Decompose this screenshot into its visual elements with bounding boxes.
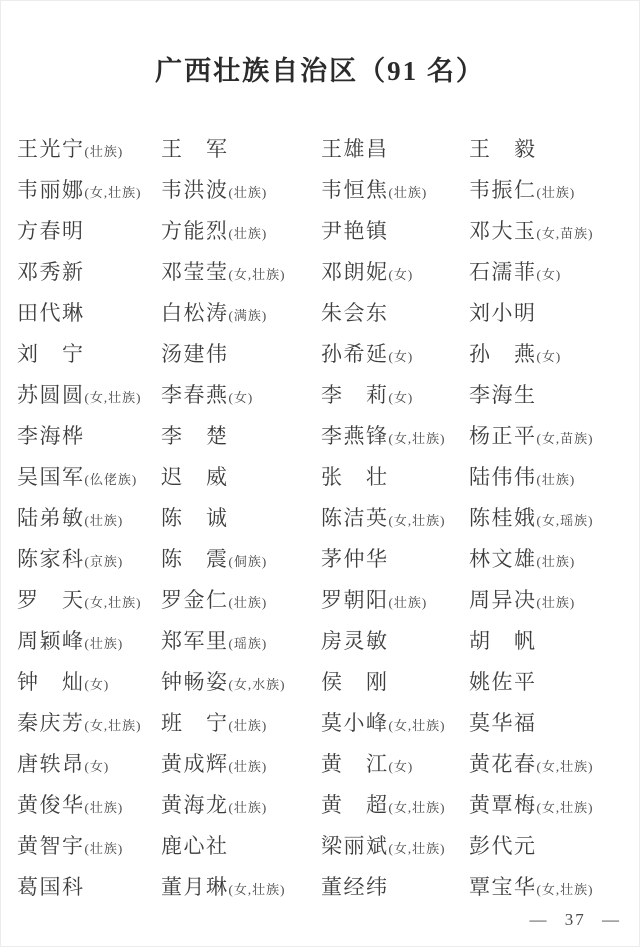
person-name: 黄俊华 — [17, 793, 85, 817]
person-name: 周颖峰 — [17, 629, 85, 653]
person-ethnicity-note: (壮族) — [229, 185, 268, 200]
roster-entry: 茅仲华 — [321, 539, 469, 582]
person-name: 侯 刚 — [321, 670, 389, 694]
person-ethnicity-note: (女) — [389, 267, 414, 282]
roster-entry: 黄覃梅(女,壮族) — [469, 785, 640, 828]
person-name: 邓秀新 — [17, 260, 85, 284]
person-name: 王 毅 — [469, 137, 537, 161]
person-ethnicity-note: (女,壮族) — [85, 595, 142, 610]
person-ethnicity-note: (侗族) — [229, 554, 268, 569]
person-ethnicity-note: (壮族) — [85, 513, 124, 528]
roster-entry: 黄 江(女) — [321, 744, 469, 787]
roster-entry: 白松涛(满族) — [161, 293, 321, 336]
roster-entry: 汤建伟 — [161, 334, 321, 377]
roster-entry: 侯 刚 — [321, 662, 469, 705]
person-name: 陈家科 — [17, 547, 85, 571]
roster-entry: 孙希延(女) — [321, 334, 469, 377]
roster-entry: 朱会东 — [321, 293, 469, 336]
roster-row: 李海桦李 楚李燕锋(女,壮族)杨正平(女,苗族) — [17, 416, 639, 457]
roster-entry: 钟 灿(女) — [17, 662, 161, 705]
roster-entry: 莫华福 — [469, 703, 640, 746]
person-name: 迟 威 — [161, 465, 229, 489]
roster-entry: 秦庆芳(女,壮族) — [17, 703, 161, 746]
roster-row: 陆弟敏(壮族)陈 诚陈洁英(女,壮族)陈桂娥(女,瑶族) — [17, 498, 639, 539]
page-number: — 37 — — [530, 910, 622, 930]
roster-entry: 覃宝华(女,壮族) — [469, 867, 640, 910]
person-name: 王光宁 — [17, 137, 85, 161]
person-name: 房灵敏 — [321, 629, 389, 653]
roster-entry: 陈 震(侗族) — [161, 539, 321, 582]
roster-entry: 李 莉(女) — [321, 375, 469, 418]
roster-row: 周颖峰(壮族)郑军里(瑶族)房灵敏胡 帆 — [17, 621, 639, 662]
person-name: 唐轶昂 — [17, 752, 85, 776]
roster-entry: 韦洪波(壮族) — [161, 170, 321, 213]
roster-entry: 王 毅 — [469, 129, 640, 172]
roster-entry: 彭代元 — [469, 826, 640, 869]
roster-row: 罗 天(女,壮族)罗金仁(壮族)罗朝阳(壮族)周异决(壮族) — [17, 580, 639, 621]
roster-entry: 葛国科 — [17, 867, 161, 910]
person-name: 刘 宁 — [17, 342, 85, 366]
person-ethnicity-note: (女) — [389, 759, 414, 774]
person-name: 林文雄 — [469, 547, 537, 571]
person-name: 黄花春 — [469, 752, 537, 776]
person-name: 陈洁英 — [321, 506, 389, 530]
roster-entry: 陆伟伟(壮族) — [469, 457, 640, 500]
roster-entry: 班 宁(壮族) — [161, 703, 321, 746]
roster-entry: 黄 超(女,壮族) — [321, 785, 469, 828]
person-name: 刘小明 — [469, 301, 537, 325]
roster-row: 唐轶昂(女)黄成辉(壮族)黄 江(女)黄花春(女,壮族) — [17, 744, 639, 785]
roster-entry: 梁丽斌(女,壮族) — [321, 826, 469, 869]
roster-entry: 黄智宇(壮族) — [17, 826, 161, 869]
roster-entry: 邓莹莹(女,壮族) — [161, 252, 321, 295]
person-ethnicity-note: (女,苗族) — [537, 226, 594, 241]
roster-entry: 王雄昌 — [321, 129, 469, 172]
roster-entry: 石濡菲(女) — [469, 252, 640, 295]
person-ethnicity-note: (壮族) — [229, 595, 268, 610]
roster-entry: 田代琳 — [17, 293, 161, 336]
person-name: 张 壮 — [321, 465, 389, 489]
roster-row: 田代琳白松涛(满族)朱会东刘小明 — [17, 293, 639, 334]
roster-entry: 张 壮 — [321, 457, 469, 500]
person-name: 梁丽斌 — [321, 834, 389, 858]
roster-entry: 刘小明 — [469, 293, 640, 336]
roster-entry: 陈洁英(女,壮族) — [321, 498, 469, 541]
person-name: 邓莹莹 — [161, 260, 229, 284]
roster-entry: 杨正平(女,苗族) — [469, 416, 640, 459]
person-name: 陆伟伟 — [469, 465, 537, 489]
person-name: 罗朝阳 — [321, 588, 389, 612]
person-ethnicity-note: (女,壮族) — [389, 513, 446, 528]
roster-entry: 李海桦 — [17, 416, 161, 459]
roster-entry: 黄花春(女,壮族) — [469, 744, 640, 787]
person-name: 朱会东 — [321, 301, 389, 325]
person-name: 石濡菲 — [469, 260, 537, 284]
person-ethnicity-note: (壮族) — [537, 554, 576, 569]
person-name: 白松涛 — [161, 301, 229, 325]
roster-entry: 姚佐平 — [469, 662, 640, 705]
person-name: 陈桂娥 — [469, 506, 537, 530]
person-name: 李 楚 — [161, 424, 229, 448]
roster-entry: 王光宁(壮族) — [17, 129, 161, 172]
person-name: 韦振仁 — [469, 178, 537, 202]
roster-entry: 陈家科(京族) — [17, 539, 161, 582]
roster-row: 王光宁(壮族)王 军王雄昌王 毅 — [17, 129, 639, 170]
roster-entry: 胡 帆 — [469, 621, 640, 664]
person-name: 王雄昌 — [321, 137, 389, 161]
person-name: 杨正平 — [469, 424, 537, 448]
document-page: 广西壮族自治区（91 名） 王光宁(壮族)王 军王雄昌王 毅韦丽娜(女,壮族)韦… — [0, 0, 640, 947]
roster-row: 陈家科(京族)陈 震(侗族)茅仲华林文雄(壮族) — [17, 539, 639, 580]
roster-entry: 罗 天(女,壮族) — [17, 580, 161, 623]
person-ethnicity-note: (女,壮族) — [85, 718, 142, 733]
roster-entry: 陈 诚 — [161, 498, 321, 541]
roster-entry: 韦丽娜(女,壮族) — [17, 170, 161, 213]
roster-entry: 孙 燕(女) — [469, 334, 640, 377]
person-name: 韦丽娜 — [17, 178, 85, 202]
roster-row: 钟 灿(女)钟畅姿(女,水族)侯 刚姚佐平 — [17, 662, 639, 703]
person-name: 周异决 — [469, 588, 537, 612]
person-name: 彭代元 — [469, 834, 537, 858]
roster-entry: 黄俊华(壮族) — [17, 785, 161, 828]
person-name: 莫小峰 — [321, 711, 389, 735]
person-ethnicity-note: (女) — [537, 267, 562, 282]
person-name: 茅仲华 — [321, 547, 389, 571]
roster-entry: 董经纬 — [321, 867, 469, 910]
person-name: 孙希延 — [321, 342, 389, 366]
roster-row: 黄俊华(壮族)黄海龙(壮族)黄 超(女,壮族)黄覃梅(女,壮族) — [17, 785, 639, 826]
roster-entry: 邓秀新 — [17, 252, 161, 295]
person-name: 李海生 — [469, 383, 537, 407]
person-ethnicity-note: (女) — [229, 390, 254, 405]
roster-entry: 尹艳镇 — [321, 211, 469, 254]
roster-entry: 林文雄(壮族) — [469, 539, 640, 582]
roster-entry: 李海生 — [469, 375, 640, 418]
person-ethnicity-note: (女,水族) — [229, 677, 286, 692]
roster-row: 韦丽娜(女,壮族)韦洪波(壮族)韦恒焦(壮族)韦振仁(壮族) — [17, 170, 639, 211]
person-name: 郑军里 — [161, 629, 229, 653]
roster-entry: 郑军里(瑶族) — [161, 621, 321, 664]
person-name: 黄智宇 — [17, 834, 85, 858]
person-name: 王 军 — [161, 137, 229, 161]
person-name: 吴国军 — [17, 465, 85, 489]
person-ethnicity-note: (仫佬族) — [85, 472, 138, 487]
roster-entry: 钟畅姿(女,水族) — [161, 662, 321, 705]
person-ethnicity-note: (女,壮族) — [537, 800, 594, 815]
person-name: 韦洪波 — [161, 178, 229, 202]
person-name: 李春燕 — [161, 383, 229, 407]
person-name: 钟 灿 — [17, 670, 85, 694]
person-ethnicity-note: (女) — [85, 677, 110, 692]
person-name: 钟畅姿 — [161, 670, 229, 694]
roster-entry: 韦振仁(壮族) — [469, 170, 640, 213]
person-name: 覃宝华 — [469, 875, 537, 899]
roster-entry: 周颖峰(壮族) — [17, 621, 161, 664]
roster-entry: 李 楚 — [161, 416, 321, 459]
person-ethnicity-note: (壮族) — [389, 595, 428, 610]
person-name: 方春明 — [17, 219, 85, 243]
roster-entry: 苏圆圆(女,壮族) — [17, 375, 161, 418]
person-ethnicity-note: (壮族) — [389, 185, 428, 200]
person-ethnicity-note: (女,壮族) — [229, 882, 286, 897]
person-ethnicity-note: (壮族) — [85, 841, 124, 856]
person-name: 黄 江 — [321, 752, 389, 776]
person-ethnicity-note: (女,壮族) — [537, 882, 594, 897]
roster-entry: 方春明 — [17, 211, 161, 254]
person-ethnicity-note: (壮族) — [537, 595, 576, 610]
person-ethnicity-note: (女) — [389, 390, 414, 405]
person-ethnicity-note: (壮族) — [85, 144, 124, 159]
person-ethnicity-note: (女,壮族) — [85, 185, 142, 200]
roster-entry: 陈桂娥(女,瑶族) — [469, 498, 640, 541]
roster-row: 邓秀新邓莹莹(女,壮族)邓朗妮(女)石濡菲(女) — [17, 252, 639, 293]
roster-entry: 罗金仁(壮族) — [161, 580, 321, 623]
person-ethnicity-note: (女,苗族) — [537, 431, 594, 446]
roster-entry: 邓朗妮(女) — [321, 252, 469, 295]
person-ethnicity-note: (女,壮族) — [389, 431, 446, 446]
roster-entry: 刘 宁 — [17, 334, 161, 377]
person-ethnicity-note: (壮族) — [229, 800, 268, 815]
roster-entry: 黄海龙(壮族) — [161, 785, 321, 828]
roster-row: 吴国军(仫佬族)迟 威张 壮陆伟伟(壮族) — [17, 457, 639, 498]
person-ethnicity-note: (女) — [389, 349, 414, 364]
person-name: 苏圆圆 — [17, 383, 85, 407]
roster-entry: 李燕锋(女,壮族) — [321, 416, 469, 459]
person-name: 罗 天 — [17, 588, 85, 612]
roster-entry: 王 军 — [161, 129, 321, 172]
person-name: 秦庆芳 — [17, 711, 85, 735]
person-ethnicity-note: (壮族) — [229, 759, 268, 774]
person-ethnicity-note: (女,壮族) — [229, 267, 286, 282]
person-name: 陈 震 — [161, 547, 229, 571]
person-ethnicity-note: (壮族) — [85, 636, 124, 651]
person-name: 胡 帆 — [469, 629, 537, 653]
person-name: 孙 燕 — [469, 342, 537, 366]
person-name: 陈 诚 — [161, 506, 229, 530]
person-ethnicity-note: (女,壮族) — [85, 390, 142, 405]
person-name: 葛国科 — [17, 875, 85, 899]
roster: 王光宁(壮族)王 军王雄昌王 毅韦丽娜(女,壮族)韦洪波(壮族)韦恒焦(壮族)韦… — [17, 129, 639, 908]
roster-entry: 唐轶昂(女) — [17, 744, 161, 787]
roster-entry: 吴国军(仫佬族) — [17, 457, 161, 500]
person-name: 罗金仁 — [161, 588, 229, 612]
person-ethnicity-note: (壮族) — [229, 718, 268, 733]
page-title: 广西壮族自治区（91 名） — [1, 49, 639, 88]
person-name: 董经纬 — [321, 875, 389, 899]
roster-entry: 莫小峰(女,壮族) — [321, 703, 469, 746]
person-ethnicity-note: (壮族) — [85, 800, 124, 815]
person-ethnicity-note: (壮族) — [537, 185, 576, 200]
roster-entry: 邓大玉(女,苗族) — [469, 211, 640, 254]
roster-entry: 李春燕(女) — [161, 375, 321, 418]
roster-entry: 鹿心社 — [161, 826, 321, 869]
roster-entry: 董月琳(女,壮族) — [161, 867, 321, 910]
roster-entry: 罗朝阳(壮族) — [321, 580, 469, 623]
person-ethnicity-note: (瑶族) — [229, 636, 268, 651]
person-ethnicity-note: (壮族) — [537, 472, 576, 487]
person-ethnicity-note: (女,壮族) — [389, 718, 446, 733]
roster-row: 葛国科董月琳(女,壮族)董经纬覃宝华(女,壮族) — [17, 867, 639, 908]
roster-row: 黄智宇(壮族)鹿心社梁丽斌(女,壮族)彭代元 — [17, 826, 639, 867]
person-name: 班 宁 — [161, 711, 229, 735]
person-name: 陆弟敏 — [17, 506, 85, 530]
person-name: 田代琳 — [17, 301, 85, 325]
person-ethnicity-note: (女) — [85, 759, 110, 774]
person-name: 尹艳镇 — [321, 219, 389, 243]
person-name: 黄 超 — [321, 793, 389, 817]
person-name: 方能烈 — [161, 219, 229, 243]
person-name: 黄海龙 — [161, 793, 229, 817]
roster-entry: 周异决(壮族) — [469, 580, 640, 623]
person-name: 李燕锋 — [321, 424, 389, 448]
roster-entry: 黄成辉(壮族) — [161, 744, 321, 787]
roster-entry: 韦恒焦(壮族) — [321, 170, 469, 213]
person-name: 邓朗妮 — [321, 260, 389, 284]
person-ethnicity-note: (京族) — [85, 554, 124, 569]
person-name: 姚佐平 — [469, 670, 537, 694]
roster-entry: 方能烈(壮族) — [161, 211, 321, 254]
roster-entry: 陆弟敏(壮族) — [17, 498, 161, 541]
person-ethnicity-note: (壮族) — [229, 226, 268, 241]
person-name: 黄成辉 — [161, 752, 229, 776]
roster-row: 苏圆圆(女,壮族)李春燕(女)李 莉(女)李海生 — [17, 375, 639, 416]
person-ethnicity-note: (满族) — [229, 308, 268, 323]
person-name: 鹿心社 — [161, 834, 229, 858]
roster-row: 刘 宁汤建伟孙希延(女)孙 燕(女) — [17, 334, 639, 375]
roster-row: 方春明方能烈(壮族)尹艳镇邓大玉(女,苗族) — [17, 211, 639, 252]
person-ethnicity-note: (女) — [537, 349, 562, 364]
person-name: 韦恒焦 — [321, 178, 389, 202]
person-ethnicity-note: (女,壮族) — [537, 759, 594, 774]
person-name: 董月琳 — [161, 875, 229, 899]
person-name: 莫华福 — [469, 711, 537, 735]
person-ethnicity-note: (女,壮族) — [389, 841, 446, 856]
person-name: 汤建伟 — [161, 342, 229, 366]
person-name: 李海桦 — [17, 424, 85, 448]
person-ethnicity-note: (女,瑶族) — [537, 513, 594, 528]
person-ethnicity-note: (女,壮族) — [389, 800, 446, 815]
person-name: 李 莉 — [321, 383, 389, 407]
roster-row: 秦庆芳(女,壮族)班 宁(壮族)莫小峰(女,壮族)莫华福 — [17, 703, 639, 744]
roster-entry: 迟 威 — [161, 457, 321, 500]
roster-entry: 房灵敏 — [321, 621, 469, 664]
person-name: 邓大玉 — [469, 219, 537, 243]
person-name: 黄覃梅 — [469, 793, 537, 817]
